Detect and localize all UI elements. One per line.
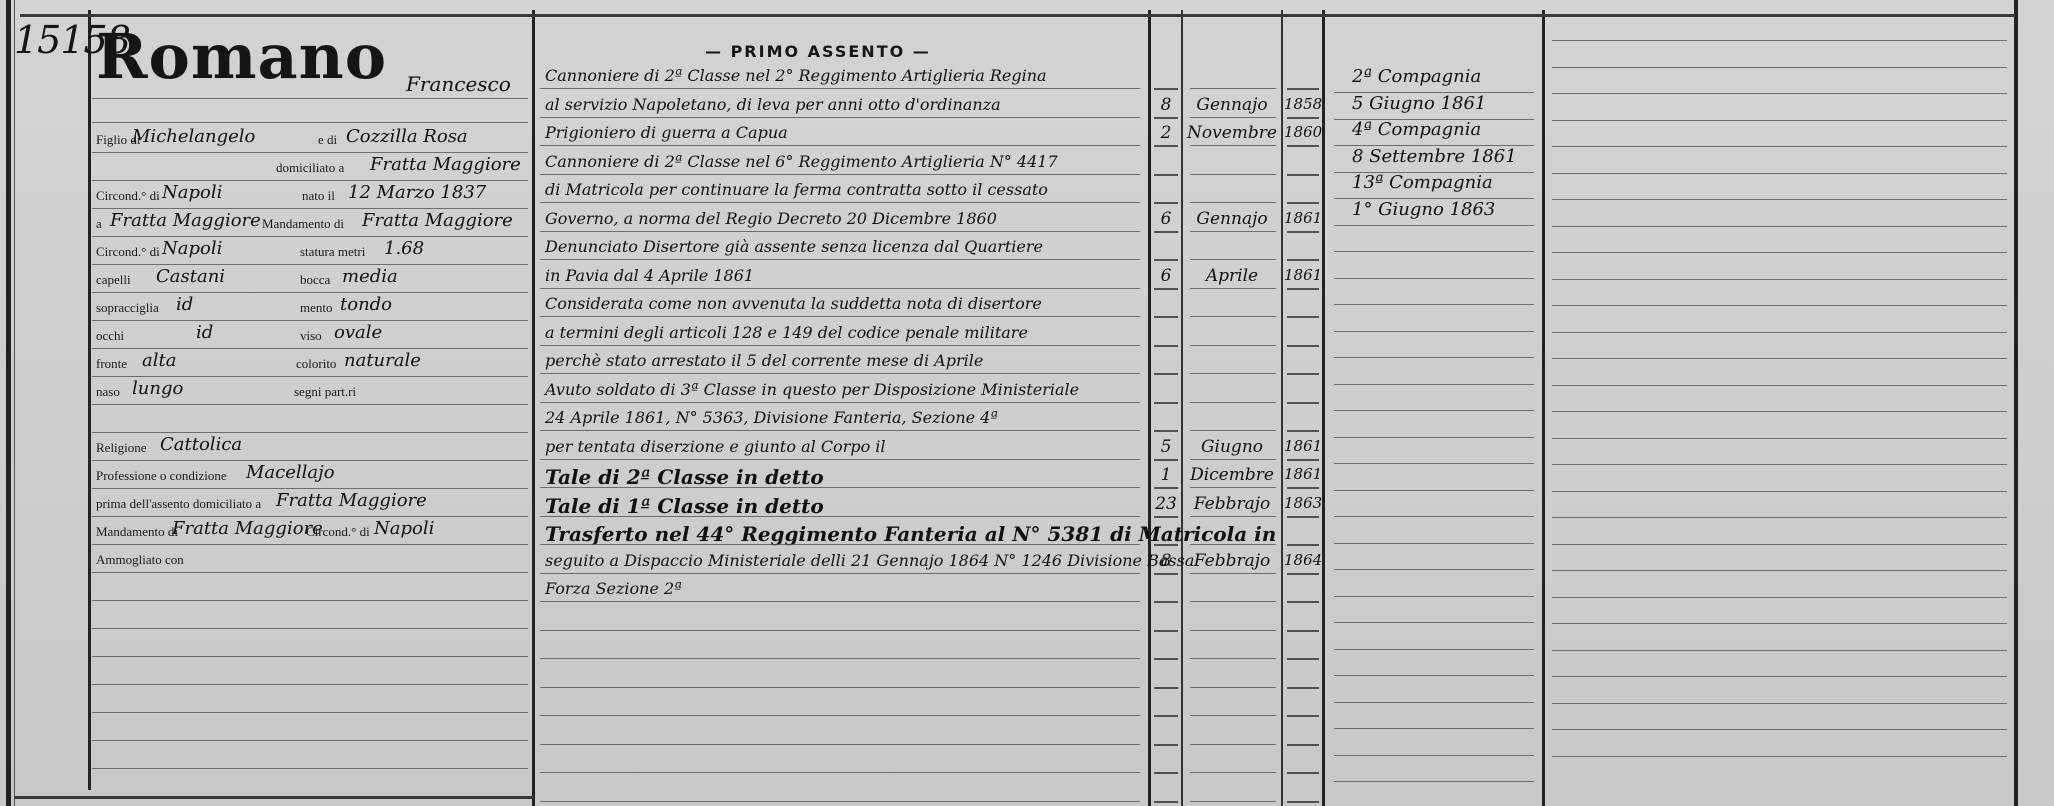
personal-rule xyxy=(92,264,528,265)
label-bocca: bocca xyxy=(300,272,330,288)
company-rule xyxy=(1334,410,1534,411)
year-rule xyxy=(1287,801,1319,803)
name-rule-2 xyxy=(92,122,528,123)
service-rule xyxy=(540,145,1140,146)
month-rule xyxy=(1190,259,1276,260)
label-mandamento: Mandamento di xyxy=(262,216,344,232)
section-title: — PRIMO ASSENTO — xyxy=(705,42,931,61)
month-rule xyxy=(1190,288,1276,289)
label-sopracciglia: sopracciglia xyxy=(96,300,159,316)
service-entry: Governo, a norma del Regio Decreto 20 Di… xyxy=(545,209,997,228)
label-circond2: Circond.° di xyxy=(96,244,160,260)
service-rule xyxy=(540,402,1140,403)
service-entry: a termini degli articoli 128 e 149 del c… xyxy=(545,323,1028,342)
year-rule xyxy=(1287,145,1319,147)
remarks-rule xyxy=(1552,226,2007,227)
day-rule xyxy=(1154,459,1178,461)
personal-column-divider xyxy=(532,10,535,806)
date-day: 8 xyxy=(1152,95,1180,115)
date-month: Novembre xyxy=(1186,123,1278,143)
day-rule xyxy=(1154,744,1178,746)
year-rule xyxy=(1287,202,1319,204)
surname: Romano xyxy=(96,20,387,93)
date-year: 1861 xyxy=(1284,209,1322,227)
month-rule xyxy=(1190,772,1276,773)
outer-left-border-inner xyxy=(14,0,15,806)
service-entry: al servizio Napoletano, di leva per anni… xyxy=(545,95,1001,114)
month-rule xyxy=(1190,117,1276,118)
company-rule xyxy=(1334,755,1534,756)
personal-rule xyxy=(92,544,528,545)
outer-right-border xyxy=(2014,0,2018,806)
day-rule xyxy=(1154,715,1178,717)
value-bocca: media xyxy=(342,266,398,287)
remarks-rule xyxy=(1552,570,2007,571)
date-year: 1863 xyxy=(1284,494,1322,512)
year-column-divider xyxy=(1322,10,1325,806)
value-sopracciglia: id xyxy=(176,294,193,315)
remarks-rule xyxy=(1552,703,2007,704)
date-day: 23 xyxy=(1152,494,1180,514)
value-circond2: Napoli xyxy=(162,238,222,259)
date-year: 1858 xyxy=(1284,95,1322,113)
value-capelli: Castani xyxy=(156,266,225,287)
personal-rule xyxy=(92,460,528,461)
company-rule xyxy=(1334,225,1534,226)
service-rule xyxy=(540,772,1140,773)
month-rule xyxy=(1190,145,1276,146)
value-statura: 1.68 xyxy=(384,238,424,259)
month-rule xyxy=(1190,744,1276,745)
label-circond1: Circond.° di xyxy=(96,188,160,204)
remarks-rule xyxy=(1552,120,2007,121)
date-day: 6 xyxy=(1152,209,1180,229)
label-occhi: occhi xyxy=(96,328,124,344)
company-rule xyxy=(1334,119,1534,120)
label-born_at: a xyxy=(96,216,102,232)
remarks-rule xyxy=(1552,146,2007,147)
date-day: 5 xyxy=(1152,437,1180,457)
month-rule xyxy=(1190,487,1276,488)
personal-rule xyxy=(92,684,528,685)
service-rule xyxy=(540,459,1140,460)
date-year: 1861 xyxy=(1284,465,1322,483)
service-entry: Cannoniere di 2ª Classe nel 2° Reggiment… xyxy=(545,66,1047,85)
day-rule xyxy=(1154,288,1178,290)
service-entry: Avuto soldato di 3ª Classe in questo per… xyxy=(545,380,1079,399)
service-rule xyxy=(540,202,1140,203)
day-rule xyxy=(1154,88,1178,90)
remarks-rule xyxy=(1552,93,2007,94)
day-rule xyxy=(1154,544,1178,546)
remarks-rule xyxy=(1552,67,2007,68)
month-column-divider xyxy=(1281,10,1283,806)
service-rule xyxy=(540,259,1140,260)
remarks-rule xyxy=(1552,729,2007,730)
value-naso: lungo xyxy=(132,378,183,399)
year-rule xyxy=(1287,573,1319,575)
remarks-rule xyxy=(1552,438,2007,439)
service-rule xyxy=(540,430,1140,431)
day-rule xyxy=(1154,658,1178,660)
value-religione: Cattolica xyxy=(160,434,242,455)
month-rule xyxy=(1190,459,1276,460)
service-entry: Tale di 2ª Classe in detto xyxy=(545,465,824,489)
value-born: 12 Marzo 1837 xyxy=(348,182,486,203)
personal-rule xyxy=(92,152,528,153)
date-month: Febbrajo xyxy=(1186,494,1278,514)
value-circond1: Napoli xyxy=(162,182,222,203)
day-rule xyxy=(1154,601,1178,603)
date-day: 6 xyxy=(1152,266,1180,286)
date-year: 1864 xyxy=(1284,551,1322,569)
service-rule xyxy=(540,231,1140,232)
label-fronte: fronte xyxy=(96,356,127,372)
month-rule xyxy=(1190,573,1276,574)
label-segni: segni part.ri xyxy=(294,384,356,400)
year-rule xyxy=(1287,88,1319,90)
service-rule xyxy=(540,601,1140,602)
month-rule xyxy=(1190,601,1276,602)
day-rule xyxy=(1154,145,1178,147)
month-rule xyxy=(1190,316,1276,317)
company-entry: 1° Giugno 1863 xyxy=(1352,199,1495,220)
date-month: Dicembre xyxy=(1186,465,1278,485)
day-rule xyxy=(1154,345,1178,347)
service-entry: per tentata diserzione e giunto al Corpo… xyxy=(545,437,886,456)
personal-rule xyxy=(92,404,528,405)
company-rule xyxy=(1334,490,1534,491)
year-rule xyxy=(1287,117,1319,119)
given-name: Francesco xyxy=(406,72,511,96)
month-rule xyxy=(1190,88,1276,89)
remarks-rule xyxy=(1552,332,2007,333)
personal-rule xyxy=(92,600,528,601)
year-rule xyxy=(1287,288,1319,290)
company-rule xyxy=(1334,384,1534,385)
company-entry: 13ª Compagnia xyxy=(1352,172,1493,193)
service-entry: Denunciato Disertore già assente senza l… xyxy=(545,237,1043,256)
personal-rule xyxy=(92,516,528,517)
date-day: 8 xyxy=(1152,551,1180,571)
date-year: 1860 xyxy=(1284,123,1322,141)
day-rule xyxy=(1154,573,1178,575)
service-entry: perchè stato arrestato il 5 del corrente… xyxy=(545,351,983,370)
service-entry: seguito a Dispaccio Ministeriale delli 2… xyxy=(545,551,1194,570)
service-rule xyxy=(540,174,1140,175)
day-rule xyxy=(1154,316,1178,318)
day-rule xyxy=(1154,231,1178,233)
month-rule xyxy=(1190,430,1276,431)
service-rule xyxy=(540,715,1140,716)
month-rule xyxy=(1190,630,1276,631)
label-circond3: Circond.° di xyxy=(306,524,370,540)
personal-rule xyxy=(92,208,528,209)
value-mento: tondo xyxy=(340,294,392,315)
company-rule xyxy=(1334,781,1534,782)
remarks-rule xyxy=(1552,464,2007,465)
personal-rule xyxy=(92,488,528,489)
service-rule xyxy=(540,687,1140,688)
company-rule xyxy=(1334,675,1534,676)
year-rule xyxy=(1287,231,1319,233)
personal-rule xyxy=(92,432,528,433)
month-rule xyxy=(1190,231,1276,232)
value-domicile: Fratta Maggiore xyxy=(370,154,521,175)
company-rule xyxy=(1334,463,1534,464)
remarks-rule xyxy=(1552,252,2007,253)
label-viso: viso xyxy=(300,328,322,344)
company-entry: 4ª Compagnia xyxy=(1352,119,1481,140)
year-rule xyxy=(1287,459,1319,461)
remarks-rule xyxy=(1552,756,2007,757)
service-entry: di Matricola per continuare la ferma con… xyxy=(545,180,1048,199)
company-entry: 5 Giugno 1861 xyxy=(1352,93,1486,114)
label-capelli: capelli xyxy=(96,272,131,288)
remarks-rule xyxy=(1552,491,2007,492)
year-rule xyxy=(1287,715,1319,717)
year-rule xyxy=(1287,744,1319,746)
company-rule xyxy=(1334,198,1534,199)
year-rule xyxy=(1287,516,1319,518)
month-rule xyxy=(1190,687,1276,688)
date-month: Gennajo xyxy=(1186,209,1278,229)
label-naso: naso xyxy=(96,384,120,400)
day-column-divider xyxy=(1181,10,1183,806)
company-rule xyxy=(1334,728,1534,729)
label-mother: e di xyxy=(318,132,337,148)
service-rule xyxy=(540,544,1140,545)
value-mandamento: Fratta Maggiore xyxy=(362,210,513,231)
label-born: nato il xyxy=(302,188,335,204)
personal-rule xyxy=(92,628,528,629)
remarks-rule xyxy=(1552,623,2007,624)
label-domicile: domiciliato a xyxy=(276,160,344,176)
personal-rule xyxy=(92,376,528,377)
service-column-divider xyxy=(1148,10,1151,806)
day-rule xyxy=(1154,487,1178,489)
outer-left-border xyxy=(6,0,11,806)
day-rule xyxy=(1154,117,1178,119)
value-father: Michelangelo xyxy=(132,126,255,147)
service-rule xyxy=(540,487,1140,488)
company-rule xyxy=(1334,172,1534,173)
remarks-rule xyxy=(1552,173,2007,174)
date-year: 1861 xyxy=(1284,266,1322,284)
service-rule xyxy=(540,373,1140,374)
service-rule xyxy=(540,516,1140,517)
month-rule xyxy=(1190,801,1276,802)
service-entry: 24 Aprile 1861, N° 5363, Divisione Fante… xyxy=(545,408,998,427)
day-rule xyxy=(1154,202,1178,204)
year-rule xyxy=(1287,174,1319,176)
remarks-rule xyxy=(1552,411,2007,412)
personal-rule xyxy=(92,768,528,769)
company-rule xyxy=(1334,702,1534,703)
month-rule xyxy=(1190,345,1276,346)
label-prima: prima dell'assento domiciliato a xyxy=(96,496,261,512)
value-circond3: Napoli xyxy=(374,518,434,539)
remarks-rule xyxy=(1552,358,2007,359)
personal-rule xyxy=(92,348,528,349)
day-rule xyxy=(1154,516,1178,518)
service-rule xyxy=(540,744,1140,745)
service-rule xyxy=(540,345,1140,346)
day-rule xyxy=(1154,801,1178,803)
month-rule xyxy=(1190,202,1276,203)
year-rule xyxy=(1287,402,1319,404)
company-rule xyxy=(1334,251,1534,252)
year-rule xyxy=(1287,544,1319,546)
year-rule xyxy=(1287,687,1319,689)
top-border xyxy=(20,14,2015,17)
label-professione: Professione o condizione xyxy=(96,468,227,484)
value-professione: Macellajo xyxy=(246,462,335,483)
day-rule xyxy=(1154,430,1178,432)
service-entry: Considerata come non avvenuta la suddett… xyxy=(545,294,1042,313)
year-rule xyxy=(1287,601,1319,603)
day-rule xyxy=(1154,174,1178,176)
year-rule xyxy=(1287,345,1319,347)
service-rule xyxy=(540,117,1140,118)
name-rule xyxy=(92,98,528,99)
month-rule xyxy=(1190,516,1276,517)
company-rule xyxy=(1334,145,1534,146)
personal-rule xyxy=(92,180,528,181)
label-colorito: colorito xyxy=(296,356,336,372)
label-ammogliato: Ammogliato con xyxy=(96,552,184,568)
company-rule xyxy=(1334,649,1534,650)
company-rule xyxy=(1334,331,1534,332)
service-rule xyxy=(540,630,1140,631)
remarks-rule xyxy=(1552,385,2007,386)
service-rule xyxy=(540,573,1140,574)
date-year: 1861 xyxy=(1284,437,1322,455)
service-entry: Tale di 1ª Classe in detto xyxy=(545,494,824,518)
number-column-divider xyxy=(88,10,91,790)
date-month: Aprile xyxy=(1186,266,1278,286)
service-entry: Cannoniere di 2ª Classe nel 6° Reggiment… xyxy=(545,152,1058,171)
personal-rule xyxy=(92,572,528,573)
personal-rule xyxy=(92,320,528,321)
company-rule xyxy=(1334,357,1534,358)
year-rule xyxy=(1287,259,1319,261)
value-mother: Cozzilla Rosa xyxy=(346,126,468,147)
remarks-rule xyxy=(1552,676,2007,677)
company-rule xyxy=(1334,304,1534,305)
date-month: Gennajo xyxy=(1186,95,1278,115)
service-entry: Forza Sezione 2ª xyxy=(545,579,682,598)
value-viso: ovale xyxy=(334,322,382,343)
day-rule xyxy=(1154,373,1178,375)
company-column-divider xyxy=(1542,10,1545,806)
personal-rule xyxy=(92,712,528,713)
label-religione: Religione xyxy=(96,440,147,456)
personal-rule xyxy=(92,740,528,741)
day-rule xyxy=(1154,687,1178,689)
value-fronte: alta xyxy=(142,350,176,371)
company-rule xyxy=(1334,278,1534,279)
value-prima: Fratta Maggiore xyxy=(276,490,427,511)
service-rule xyxy=(540,801,1140,802)
remarks-rule xyxy=(1552,40,2007,41)
service-rule xyxy=(540,658,1140,659)
remarks-rule xyxy=(1552,199,2007,200)
company-entry: 2ª Compagnia xyxy=(1352,66,1481,87)
day-rule xyxy=(1154,630,1178,632)
year-rule xyxy=(1287,658,1319,660)
company-entry: 8 Settembre 1861 xyxy=(1352,146,1517,167)
bottom-border xyxy=(14,796,534,799)
remarks-rule xyxy=(1552,279,2007,280)
company-rule xyxy=(1334,596,1534,597)
service-rule xyxy=(540,288,1140,289)
service-rule xyxy=(540,88,1140,89)
month-rule xyxy=(1190,174,1276,175)
month-rule xyxy=(1190,658,1276,659)
service-rule xyxy=(540,316,1140,317)
date-day: 1 xyxy=(1152,465,1180,485)
year-rule xyxy=(1287,316,1319,318)
company-rule xyxy=(1334,543,1534,544)
service-entry: in Pavia dal 4 Aprile 1861 xyxy=(545,266,754,285)
remarks-rule xyxy=(1552,597,2007,598)
year-rule xyxy=(1287,630,1319,632)
company-rule xyxy=(1334,622,1534,623)
label-statura: statura metri xyxy=(300,244,365,260)
label-mandamento2: Mandamento di xyxy=(96,524,178,540)
remarks-rule xyxy=(1552,650,2007,651)
date-month: Febbrajo xyxy=(1186,551,1278,571)
company-rule xyxy=(1334,92,1534,93)
company-rule xyxy=(1334,437,1534,438)
year-rule xyxy=(1287,772,1319,774)
month-rule xyxy=(1190,544,1276,545)
remarks-rule xyxy=(1552,305,2007,306)
value-mandamento2: Fratta Maggiore xyxy=(172,518,323,539)
day-rule xyxy=(1154,772,1178,774)
value-colorito: naturale xyxy=(344,350,421,371)
label-mento: mento xyxy=(300,300,333,316)
year-rule xyxy=(1287,430,1319,432)
year-rule xyxy=(1287,373,1319,375)
service-entry: Trasferto nel 44° Reggimento Fanteria al… xyxy=(545,522,1276,546)
company-rule xyxy=(1334,569,1534,570)
remarks-rule xyxy=(1552,544,2007,545)
month-rule xyxy=(1190,402,1276,403)
register-page: 15158 Romano Francesco — PRIMO ASSENTO —… xyxy=(0,0,2054,806)
day-rule xyxy=(1154,402,1178,404)
company-rule xyxy=(1334,516,1534,517)
personal-rule xyxy=(92,236,528,237)
day-rule xyxy=(1154,259,1178,261)
date-month: Giugno xyxy=(1186,437,1278,457)
date-day: 2 xyxy=(1152,123,1180,143)
remarks-rule xyxy=(1552,517,2007,518)
year-rule xyxy=(1287,487,1319,489)
personal-rule xyxy=(92,292,528,293)
month-rule xyxy=(1190,715,1276,716)
value-born_at: Fratta Maggiore xyxy=(110,210,261,231)
month-rule xyxy=(1190,373,1276,374)
value-occhi: id xyxy=(196,322,213,343)
service-entry: Prigioniero di guerra a Capua xyxy=(545,123,788,142)
personal-rule xyxy=(92,656,528,657)
